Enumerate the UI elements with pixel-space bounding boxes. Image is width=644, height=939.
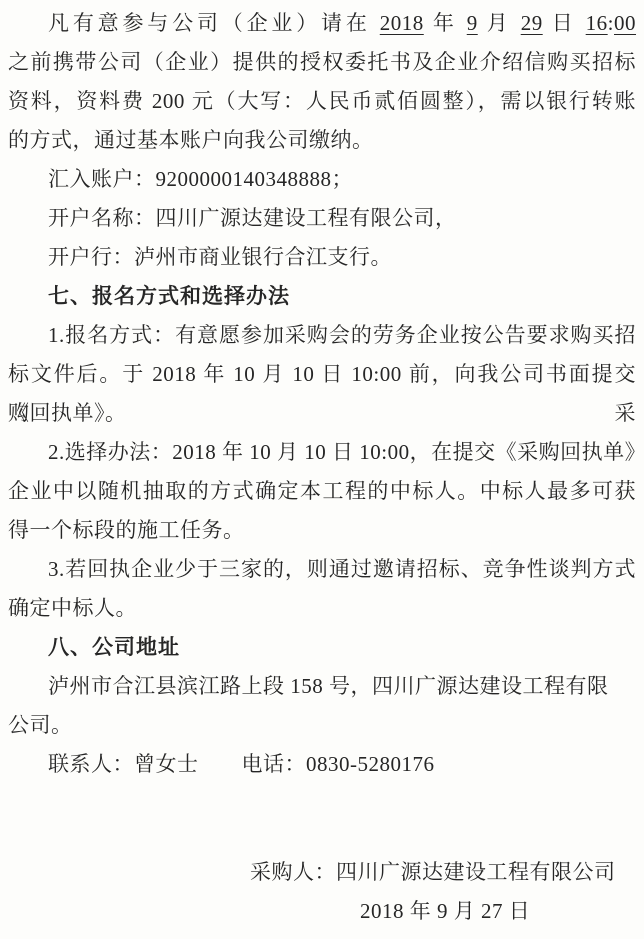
item2-line3: 得一个标段的施工任务。 (8, 511, 636, 550)
account-name-line: 开户名称：四川广源达建设工程有限公司， (8, 199, 636, 238)
purchaser-line: 采购人：四川广源达建设工程有限公司 (8, 853, 636, 892)
account-number-line: 汇入账户：9200000140348888； (8, 160, 636, 199)
para1-line2-text: 之前携带公司（企业）提供的授权委托书及企业介绍信购买招标 (8, 50, 636, 74)
document-page: 凡有意参与公司（企业）请在 2018 年 9 月 29 日 16:00之前携带公… (0, 0, 644, 939)
para1-line1-underlined-value: 2018 (380, 11, 424, 35)
heading-section-7-text: 七、报名方式和选择办法 (48, 284, 290, 308)
para1-line1-text: 凡有意参与公司（企业）请在 (48, 11, 380, 35)
para1-line1-underlined-value: 9 (467, 11, 478, 35)
issue-date-line-text: 2018 年 9 月 27 日 (360, 899, 530, 923)
item2-line2: 企业中以随机抽取的方式确定本工程的中标人。中标人最多可获 (8, 472, 636, 511)
para1-line3-text: 资料，资料费 200 元（大写：人民币贰佰圆整），需以银行转账 (8, 89, 636, 113)
account-name-line-text: 开户名称：四川广源达建设工程有限公司， (48, 206, 457, 230)
item1-line2: 标文件后。于 2018 年 10 月 10 日 10:00 前，向我公司书面提交… (8, 355, 636, 394)
purchaser-line-text: 采购人：四川广源达建设工程有限公司 (250, 860, 616, 884)
item1-line1: 1.报名方式：有意愿参加采购会的劳务企业按公告要求购买招 (8, 316, 636, 355)
para1-line1-underlined-value: 29 (521, 11, 543, 35)
bank-line-text: 开户行：泸州市商业银行合江支行。 (48, 245, 392, 269)
item3-line1-text: 3.若回执企业少于三家的，则通过邀请招标、竞争性谈判方式 (48, 557, 636, 581)
para1-line1-underlined-value: 16 (586, 11, 608, 35)
para1-line1-underlined-value: 00 (614, 11, 636, 35)
heading-section-8-text: 八、公司地址 (48, 635, 180, 659)
para1-line2: 之前携带公司（企业）提供的授权委托书及企业介绍信购买招标 (8, 43, 636, 82)
para1-line1-text: 日 (543, 11, 586, 35)
para1-line1: 凡有意参与公司（企业）请在 2018 年 9 月 29 日 16:00 (8, 4, 636, 43)
document-body: 凡有意参与公司（企业）请在 2018 年 9 月 29 日 16:00之前携带公… (0, 0, 644, 931)
bank-line: 开户行：泸州市商业银行合江支行。 (8, 238, 636, 277)
contact-line: 联系人：曾女士 电话：0830-5280176 (8, 745, 636, 784)
heading-section-8: 八、公司地址 (8, 628, 636, 667)
para1-line3: 资料，资料费 200 元（大写：人民币贰佰圆整），需以银行转账 (8, 82, 636, 121)
address-line1-text: 泸州市合江县滨江路上段 158 号，四川广源达建设工程有限 (48, 674, 609, 698)
item3-line1: 3.若回执企业少于三家的，则通过邀请招标、竞争性谈判方式 (8, 550, 636, 589)
address-line1: 泸州市合江县滨江路上段 158 号，四川广源达建设工程有限 (8, 667, 636, 706)
item1-line3-text: 购回执单》。 (8, 401, 127, 425)
para1-line1-text: 月 (478, 11, 521, 35)
item1-line1-text: 1.报名方式：有意愿参加采购会的劳务企业按公告要求购买招 (48, 323, 636, 347)
item2-line1: 2.选择办法：2018 年 10 月 10 日 10:00，在提交《采购回执单》 (8, 433, 636, 472)
item2-line1-text: 2.选择办法：2018 年 10 月 10 日 10:00，在提交《采购回执单》 (48, 440, 644, 464)
item3-line2-text: 确定中标人。 (8, 596, 137, 620)
heading-section-7: 七、报名方式和选择办法 (8, 277, 636, 316)
para1-line4-text: 的方式，通过基本账户向我公司缴纳。 (8, 128, 374, 152)
issue-date-line: 2018 年 9 月 27 日 (8, 892, 636, 931)
address-line2-text: 公司。 (8, 713, 73, 737)
contact-line-text: 联系人：曾女士 电话：0830-5280176 (48, 752, 435, 776)
item2-line3-text: 得一个标段的施工任务。 (8, 518, 245, 542)
item3-line2: 确定中标人。 (8, 589, 636, 628)
para1-line4: 的方式，通过基本账户向我公司缴纳。 (8, 121, 636, 160)
para1-line1-text: 年 (424, 11, 467, 35)
address-line2: 公司。 (8, 706, 636, 745)
account-number-line-text: 汇入账户：9200000140348888； (48, 167, 353, 191)
item2-line2-text: 企业中以随机抽取的方式确定本工程的中标人。中标人最多可获 (8, 479, 636, 503)
